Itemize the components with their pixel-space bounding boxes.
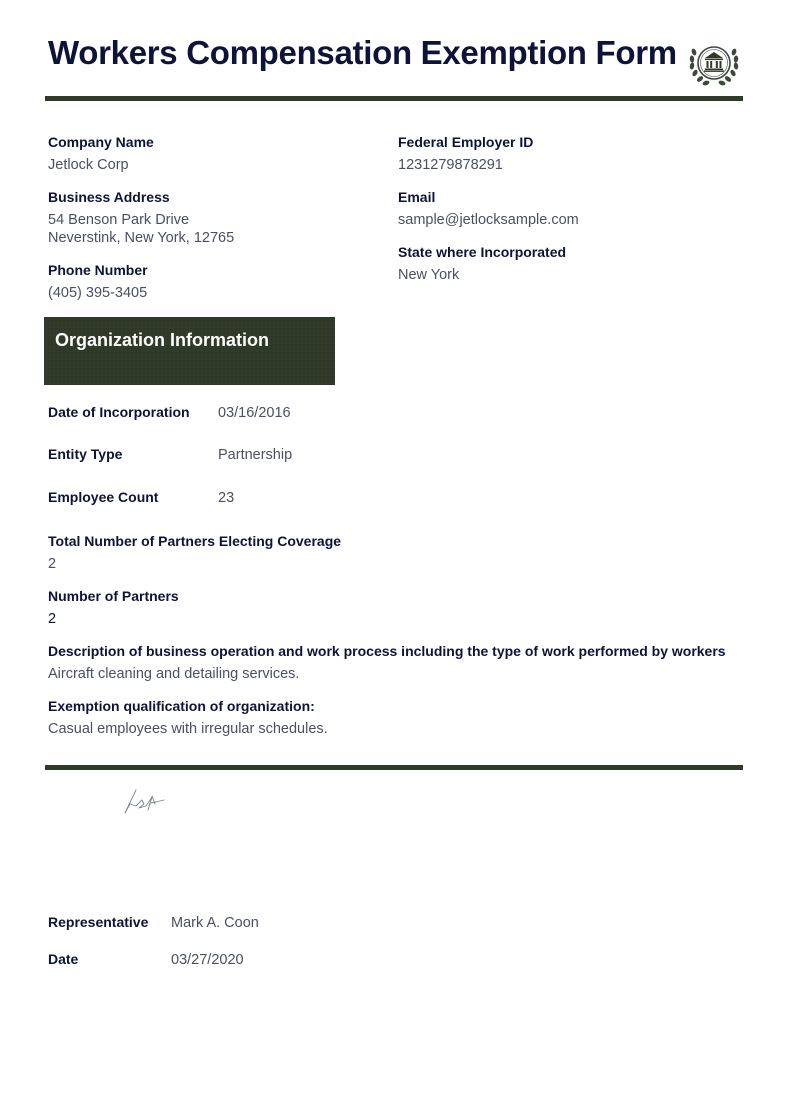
company-name-field: Company Name Jetlock Corp: [48, 133, 154, 174]
partners-electing-value: 2: [48, 555, 341, 573]
business-description-label: Description of business operation and wo…: [48, 642, 726, 660]
email-value: sample@jetlocksample.com: [398, 211, 579, 229]
date-of-incorporation-value: 03/16/2016: [218, 404, 291, 422]
federal-employer-id-field: Federal Employer ID 1231279878291: [398, 133, 533, 174]
organization-section-header: Organization Information: [44, 317, 335, 385]
courthouse-laurel-emblem-icon: [686, 38, 742, 88]
representative-label: Representative: [48, 913, 171, 931]
page-title: Workers Compensation Exemption Form: [48, 34, 677, 72]
business-address-line2: Neverstink, New York, 12765: [48, 229, 234, 247]
phone-number-label: Phone Number: [48, 261, 148, 279]
phone-number-value: (405) 395-3405: [48, 284, 148, 302]
exemption-qualification-label: Exemption qualification of organization:: [48, 697, 328, 715]
signature-date-row: Date 03/27/2020: [48, 950, 244, 969]
entity-type-row: Entity Type Partnership: [48, 445, 292, 464]
employee-count-label: Employee Count: [48, 488, 218, 506]
company-name-label: Company Name: [48, 133, 154, 151]
signature-divider: [45, 765, 743, 770]
employee-count-row: Employee Count 23: [48, 488, 234, 507]
state-incorporated-field: State where Incorporated New York: [398, 243, 566, 284]
business-address-label: Business Address: [48, 188, 234, 206]
number-of-partners-label: Number of Partners: [48, 587, 179, 605]
signature-date-value: 03/27/2020: [171, 951, 244, 969]
representative-value: Mark A. Coon: [171, 914, 259, 932]
business-address-field: Business Address 54 Benson Park Drive Ne…: [48, 188, 234, 247]
partners-electing-field: Total Number of Partners Electing Covera…: [48, 532, 341, 573]
exemption-qualification-value: Casual employees with irregular schedule…: [48, 720, 328, 738]
representative-row: Representative Mark A. Coon: [48, 913, 259, 932]
business-description-value: Aircraft cleaning and detailing services…: [48, 665, 726, 683]
entity-type-value: Partnership: [218, 446, 292, 464]
partners-electing-label: Total Number of Partners Electing Covera…: [48, 532, 341, 550]
company-name-value: Jetlock Corp: [48, 156, 154, 174]
employee-count-value: 23: [218, 489, 234, 507]
business-address-line1: 54 Benson Park Drive: [48, 211, 234, 229]
exemption-qualification-field: Exemption qualification of organization:…: [48, 697, 328, 738]
email-field: Email sample@jetlocksample.com: [398, 188, 579, 229]
number-of-partners-value: 2: [48, 610, 179, 628]
federal-employer-id-value: 1231279878291: [398, 156, 533, 174]
state-incorporated-value: New York: [398, 266, 566, 284]
number-of-partners-field: Number of Partners 2: [48, 587, 179, 628]
entity-type-label: Entity Type: [48, 445, 218, 463]
email-label: Email: [398, 188, 579, 206]
phone-number-field: Phone Number (405) 395-3405: [48, 261, 148, 302]
header-divider: [45, 96, 743, 101]
organization-section-title: Organization Information: [55, 330, 269, 351]
business-description-field: Description of business operation and wo…: [48, 642, 726, 683]
handwritten-signature-icon: [122, 786, 178, 816]
date-of-incorporation-row: Date of Incorporation 03/16/2016: [48, 403, 291, 422]
federal-employer-id-label: Federal Employer ID: [398, 133, 533, 151]
date-of-incorporation-label: Date of Incorporation: [48, 403, 218, 421]
business-address-value: 54 Benson Park Drive Neverstink, New Yor…: [48, 211, 234, 247]
signature-date-label: Date: [48, 950, 171, 968]
state-incorporated-label: State where Incorporated: [398, 243, 566, 261]
